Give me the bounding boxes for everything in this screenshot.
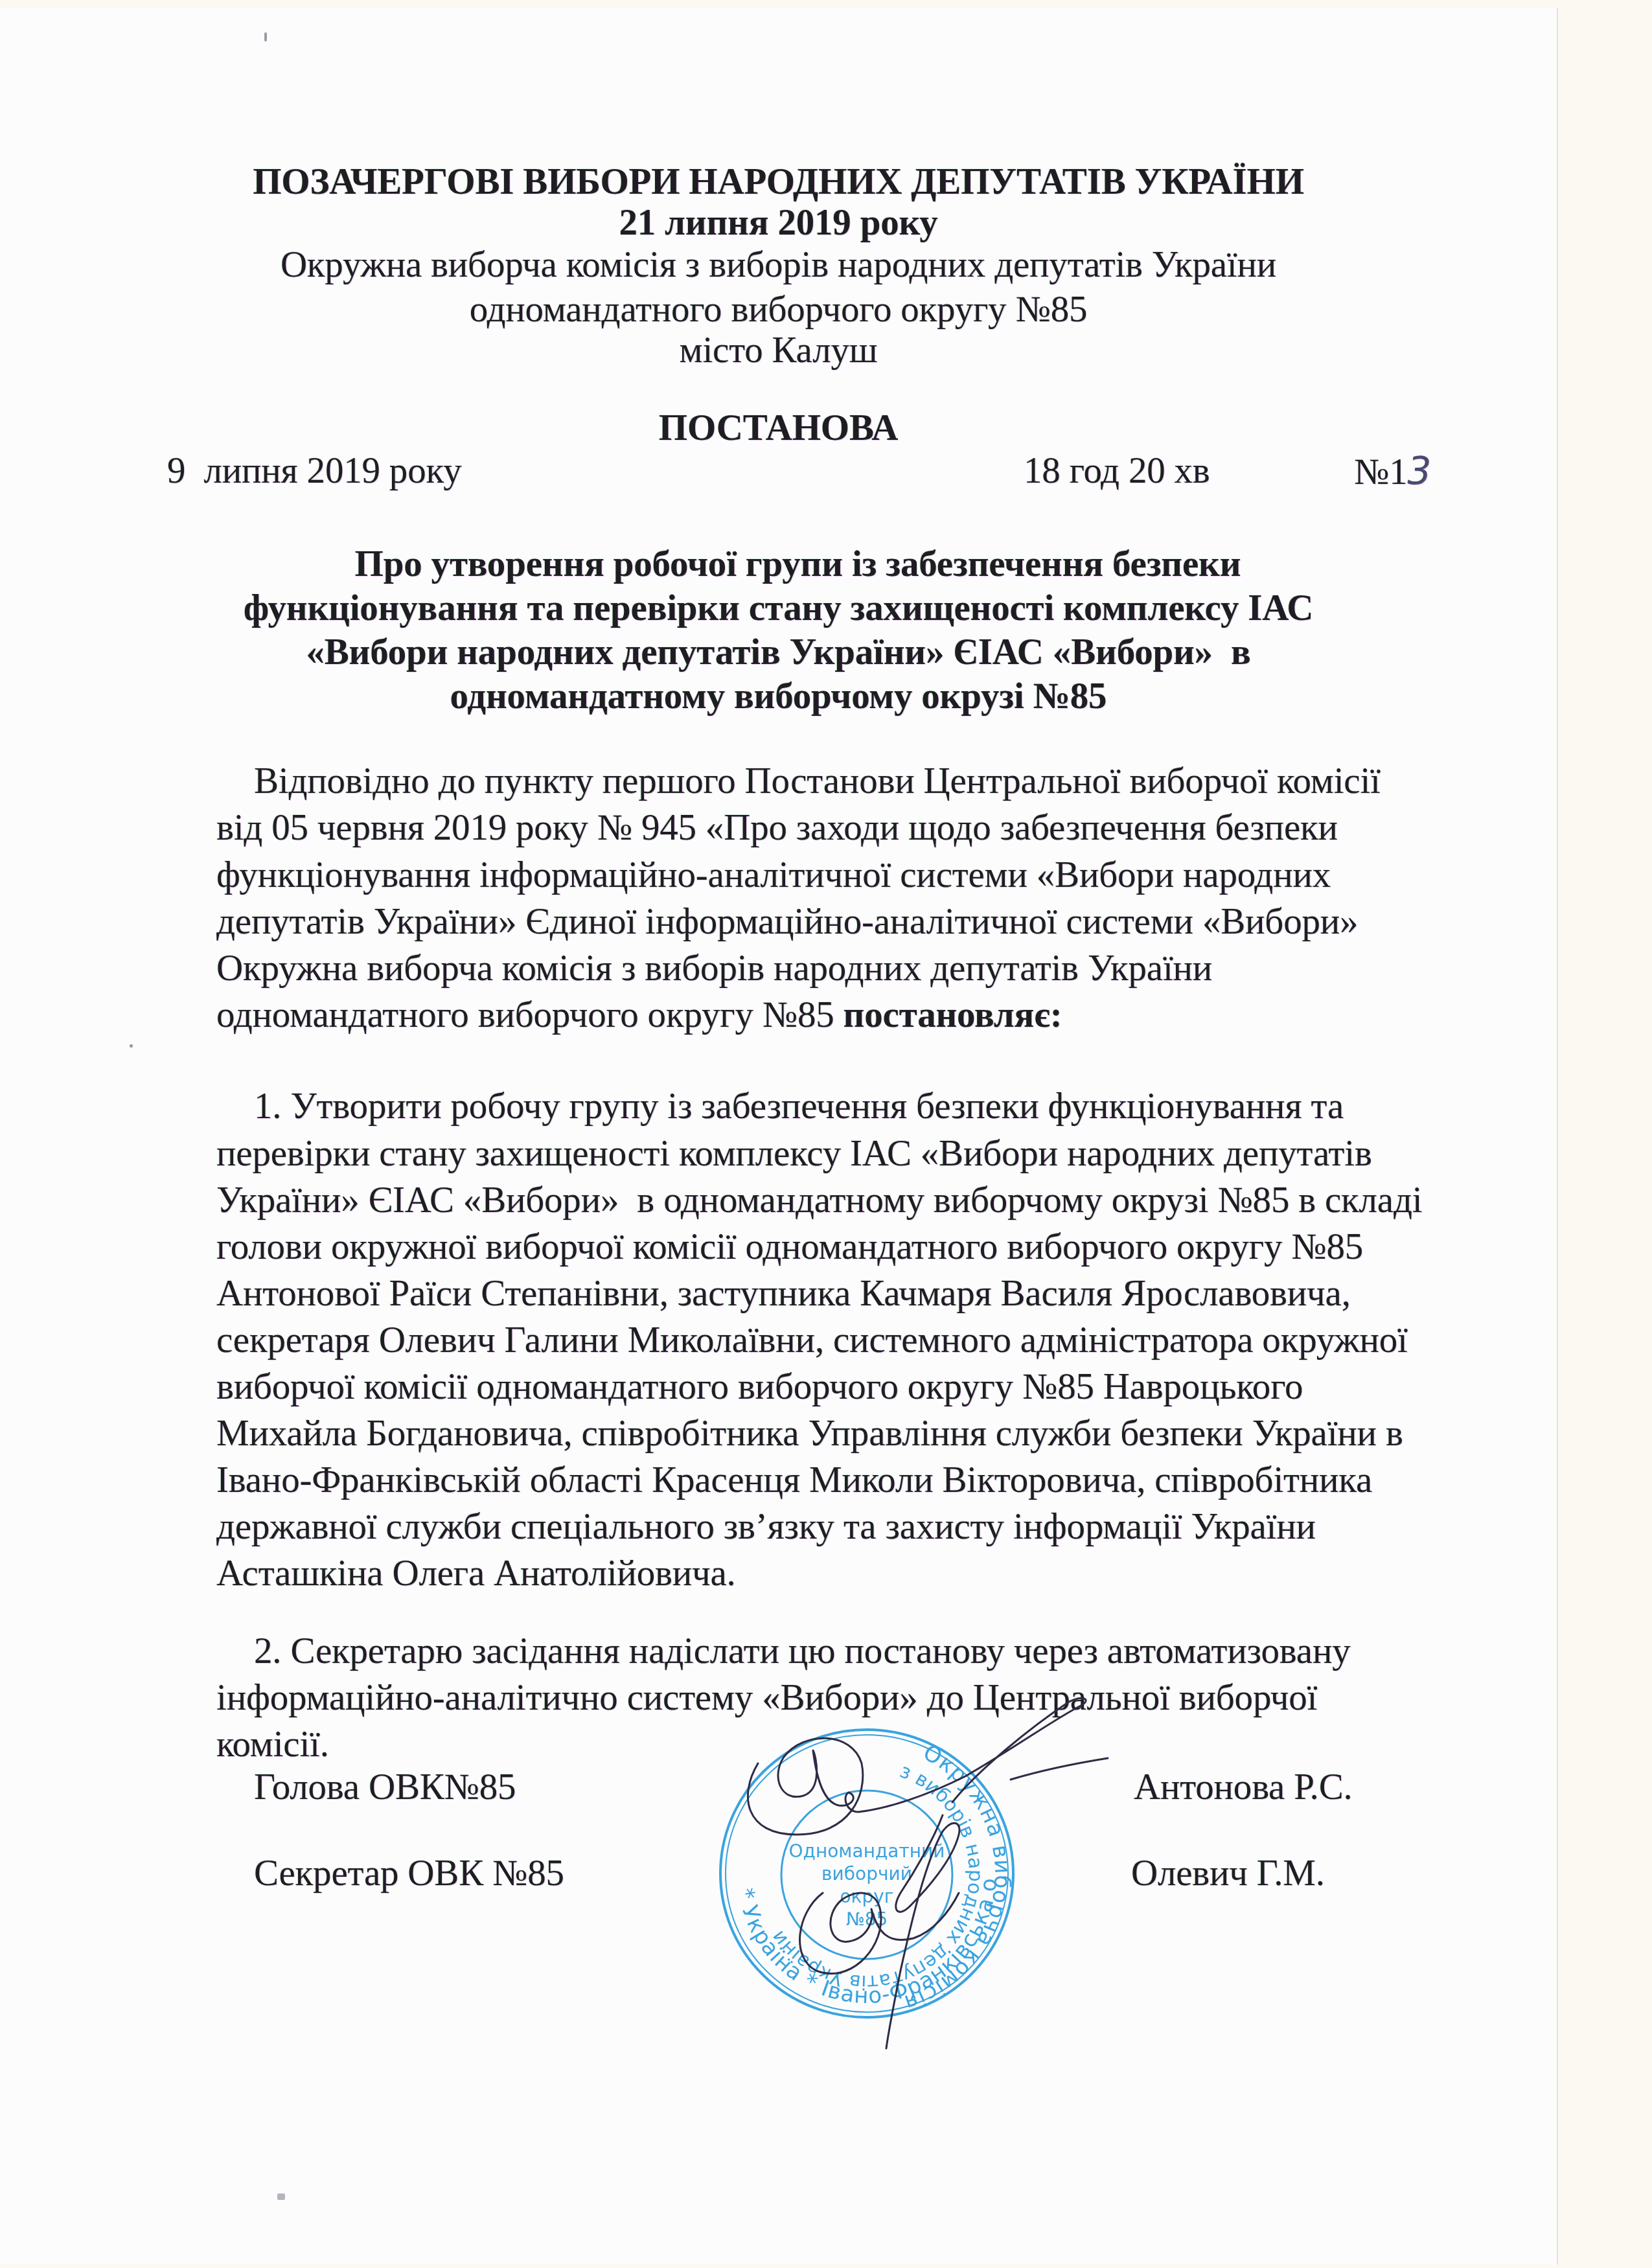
- chair-name: Антонова Р.С.: [1134, 1769, 1353, 1805]
- document-type: ПОСТАНОВА: [0, 409, 1557, 446]
- preamble-line: депутатів України» Єдиної інформаційно-а…: [216, 903, 1358, 940]
- resolves-keyword: постановляє:: [843, 994, 1062, 1035]
- item-1-line: Антонової Раїси Степанівни, заступника К…: [216, 1275, 1351, 1312]
- preamble-line: одномандатного виборчого округу №85 пост…: [216, 996, 1062, 1033]
- document-date: 9 липня 2019 року: [167, 452, 461, 489]
- chair-role: Голова ОВК№85: [254, 1769, 516, 1805]
- item-1-line: секретаря Олевич Галини Миколаївни, сист…: [216, 1322, 1408, 1358]
- preamble-line: Відповідно до пункту першого Постанови Ц…: [254, 762, 1381, 799]
- document-number: №13: [1354, 452, 1431, 490]
- item-1-line: Асташкіна Олега Анатолійовича.: [216, 1555, 736, 1592]
- item-2-line: 2. Секретарю засідання надіслати цю пост…: [254, 1632, 1351, 1669]
- item-1-line: Івано-Франківській області Красенця Мико…: [216, 1461, 1372, 1498]
- city: місто Калуш: [0, 332, 1557, 369]
- secretary-role: Секретар ОВК №85: [254, 1855, 564, 1892]
- item-1-line: 1. Утворити робочу групу із забезпечення…: [254, 1088, 1344, 1125]
- election-title: ПОЗАЧЕРГОВІ ВИБОРИ НАРОДНИХ ДЕПУТАТІВ УК…: [0, 163, 1557, 200]
- scan-speck: [277, 2194, 285, 2200]
- handwritten-signatures-icon: [719, 1666, 1173, 2055]
- subject-line-3: «Вибори народних депутатів України» ЄІАС…: [0, 634, 1557, 670]
- item-1-line: Михайла Богдановича, співробітника Управ…: [216, 1415, 1403, 1452]
- commission-name-line2: одномандатного виборчого округу №85: [0, 291, 1557, 328]
- item-1-line: державної служби спеціального зв’язку та…: [216, 1508, 1316, 1545]
- commission-name-line1: Окружна виборча комісія з виборів народн…: [0, 246, 1557, 283]
- scan-speck: [130, 1044, 133, 1048]
- subject-line-1: Про утворення робочої групи із забезпече…: [0, 545, 1557, 582]
- item-1-line: перевірки стану захищеності комплексу ІА…: [216, 1135, 1372, 1172]
- item-1-line: України» ЄІАС «Вибори» в одномандатному …: [216, 1182, 1422, 1219]
- preamble-line-text: одномандатного виборчого округу №85: [216, 994, 843, 1035]
- preamble-line: Окружна виборча комісія з виборів народн…: [216, 950, 1212, 987]
- scan-speck: [264, 32, 267, 41]
- preamble-line: від 05 червня 2019 року № 945 «Про заход…: [216, 809, 1338, 846]
- scanned-page: ПОЗАЧЕРГОВІ ВИБОРИ НАРОДНИХ ДЕПУТАТІВ УК…: [0, 8, 1558, 2265]
- subject-line-4: одномандатному виборчому окрузі №85: [0, 678, 1557, 715]
- item-2-line: комісії.: [216, 1726, 329, 1763]
- election-date: 21 липня 2019 року: [0, 204, 1557, 241]
- handwritten-digit: 3: [1407, 449, 1431, 493]
- subject-line-2: функціонування та перевірки стану захище…: [0, 590, 1557, 626]
- item-1-line: виборчої комісії одномандатного виборчог…: [216, 1368, 1303, 1405]
- secretary-name: Олевич Г.М.: [1131, 1855, 1325, 1892]
- document-number-prefix: №1: [1354, 452, 1407, 492]
- item-1-line: голови окружної виборчої комісії одноман…: [216, 1228, 1363, 1265]
- document-time: 18 год 20 хв: [1024, 452, 1210, 489]
- preamble-line: функціонування інформаційно-аналітичної …: [216, 856, 1331, 893]
